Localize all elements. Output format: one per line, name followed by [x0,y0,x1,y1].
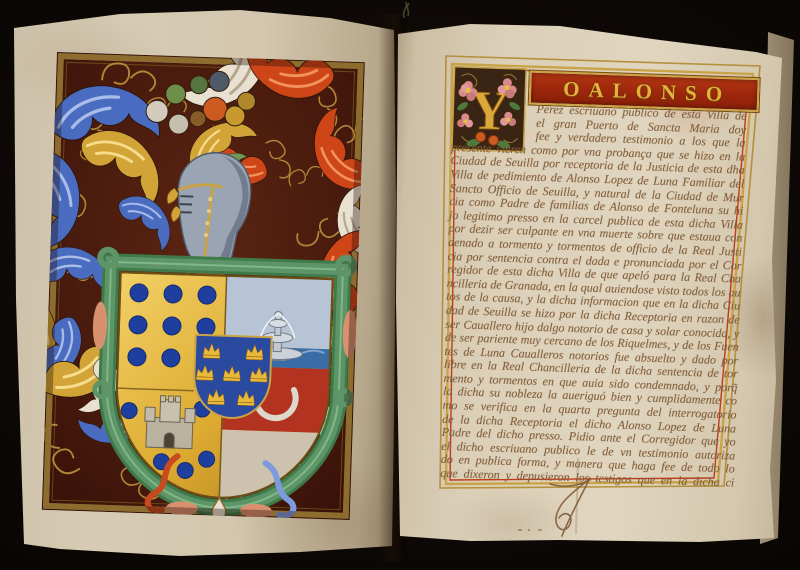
right-page: Y OALONSO [392,18,800,558]
crowned-escutcheon [193,335,272,419]
left-page [6,2,398,562]
manuscript-text-block: Y OALONSO [440,64,750,498]
ink-specks [516,526,546,534]
armorial-panel [42,52,365,520]
manuscript-photo: Y OALONSO [0,0,800,570]
manuscript-lines: Perez escriuano publico de esta Villa de… [440,100,746,490]
armorial-miniature [42,52,365,520]
notarial-rubric [540,476,610,546]
sewing-thread [396,0,418,20]
